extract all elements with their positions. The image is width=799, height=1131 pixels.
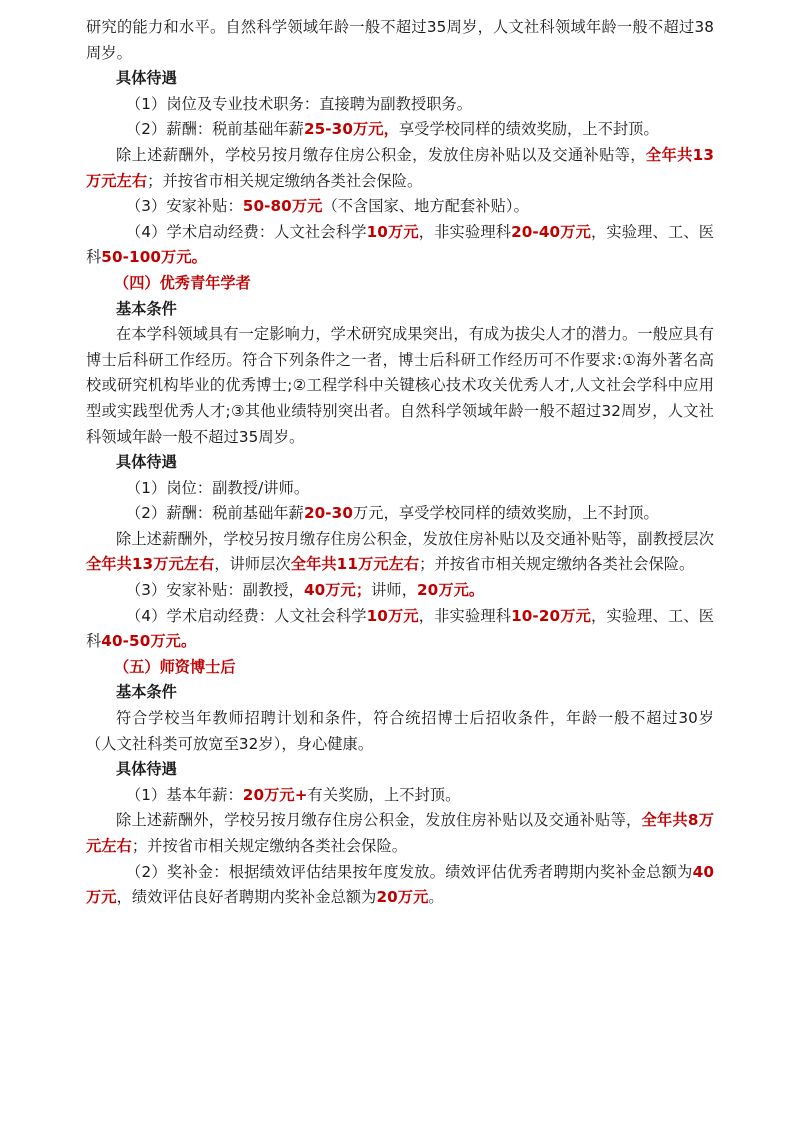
salary-amount: 20-30 xyxy=(304,504,353,522)
salary-amount: 25-30万元， xyxy=(304,120,399,138)
extra-benefits-paragraph: 除上述薪酬外，学校另按月缴存住房公积金，发放住房补贴以及交通补贴等，全年共8万元… xyxy=(86,808,714,859)
basic-conditions-heading: 基本条件 xyxy=(86,680,714,706)
base-salary-item: （1）基本年薪：20万元+有关奖励，上不封顶。 xyxy=(86,783,714,809)
base-salary-amount: 20万元+ xyxy=(243,786,308,804)
text: ，绩效评估良好者聘期内奖补金总额为 xyxy=(117,888,377,906)
basic-conditions-paragraph: 在本学科领域具有一定影响力，学术研究成果突出，有成为拔尖人才的潜力。一般应具有博… xyxy=(86,322,714,450)
lab-science-funding: 40-50万元。 xyxy=(101,632,196,650)
text: 讲师， xyxy=(371,581,417,599)
associate-professor-settlement: 40万元； xyxy=(304,581,371,599)
position-item: （1）岗位及专业技术职务：直接聘为副教授职务。 xyxy=(86,92,714,118)
text: 万元，享受学校同样的绩效奖励，上不封顶。 xyxy=(353,504,659,522)
salary-item: （2）薪酬：税前基础年薪25-30万元，享受学校同样的绩效奖励，上不封顶。 xyxy=(86,117,714,143)
extra-benefits-paragraph: 除上述薪酬外，学校另按月缴存住房公积金，发放住房补贴以及交通补贴等，全年共13万… xyxy=(86,143,714,194)
text: ；并按省市相关规定缴纳各类社会保险。 xyxy=(132,837,407,855)
basic-conditions-heading: 基本条件 xyxy=(86,297,714,323)
text: （4）学术启动经费：人文社会科学 xyxy=(126,223,367,241)
text: （不含国家、地方配套补贴）。 xyxy=(322,197,528,215)
text: （3）安家补贴： xyxy=(126,197,243,215)
text: 除上述薪酬外，学校另按月缴存住房公积金，发放住房补贴以及交通补贴等， xyxy=(116,811,642,829)
section-title-outstanding-young-scholars: （四）优秀青年学者 xyxy=(86,271,714,297)
treatment-heading: 具体待遇 xyxy=(86,757,714,783)
text: ，非实验理科 xyxy=(419,223,511,241)
non-lab-science-funding: 10-20万元 xyxy=(511,607,591,625)
startup-funding-item: （4）学术启动经费：人文社会科学10万元，非实验理科10-20万元，实验理、工、… xyxy=(86,604,714,655)
section-title-faculty-postdoc: （五）师资博士后 xyxy=(86,655,714,681)
text: 除上述薪酬外，学校另按月缴存住房公积金，发放住房补贴以及交通补贴等，副教授层次 xyxy=(116,530,714,548)
salary-item: （2）薪酬：税前基础年薪20-30万元，享受学校同样的绩效奖励，上不封顶。 xyxy=(86,501,714,527)
continuation-paragraph: 研究的能力和水平。自然科学领域年龄一般不超过35周岁，人文社科领域年龄一般不超过… xyxy=(86,15,714,66)
text: （1）基本年薪： xyxy=(126,786,243,804)
position-item: （1）岗位：副教授/讲师。 xyxy=(86,476,714,502)
settlement-allowance-item: （3）安家补贴：副教授，40万元；讲师，20万元。 xyxy=(86,578,714,604)
text: ，讲师层次 xyxy=(214,555,290,573)
settlement-amount: 50-80万元 xyxy=(243,197,323,215)
text: ；并按省市相关规定缴纳各类社会保险。 xyxy=(419,555,694,573)
text: （2）薪酬：税前基础年薪 xyxy=(126,120,304,138)
lab-science-funding: 50-100万元。 xyxy=(101,248,207,266)
text: 享受学校同样的绩效奖励，上不封顶。 xyxy=(399,120,659,138)
non-lab-science-funding: 20-40万元 xyxy=(511,223,591,241)
text: ；并按省市相关规定缴纳各类社会保险。 xyxy=(147,172,422,190)
good-bonus-amount: 20万元 xyxy=(376,888,428,906)
humanities-funding: 10万元 xyxy=(367,607,419,625)
treatment-heading: 具体待遇 xyxy=(86,66,714,92)
startup-funding-item: （4）学术启动经费：人文社会科学10万元，非实验理科20-40万元，实验理、工、… xyxy=(86,220,714,271)
text: 。 xyxy=(428,888,443,906)
text: 有关奖励，上不封顶。 xyxy=(308,786,461,804)
basic-conditions-paragraph: 符合学校当年教师招聘计划和条件，符合统招博士后招收条件，年龄一般不超过30岁（人… xyxy=(86,706,714,757)
treatment-heading: 具体待遇 xyxy=(86,450,714,476)
lecturer-settlement: 20万元。 xyxy=(417,581,484,599)
lecturer-benefit: 全年共11万元左右 xyxy=(291,555,419,573)
humanities-funding: 10万元 xyxy=(367,223,419,241)
text: 除上述薪酬外，学校另按月缴存住房公积金，发放住房补贴以及交通补贴等， xyxy=(116,146,646,164)
text: （2）奖补金：根据绩效评估结果按年度发放。绩效评估优秀者聘期内奖补金总额为 xyxy=(126,863,693,881)
text: ，非实验理科 xyxy=(419,607,511,625)
text: （4）学术启动经费：人文社会科学 xyxy=(126,607,367,625)
text: （2）薪酬：税前基础年薪 xyxy=(126,504,304,522)
document-page: 研究的能力和水平。自然科学领域年龄一般不超过35周岁，人文社科领域年龄一般不超过… xyxy=(86,15,714,911)
settlement-allowance-item: （3）安家补贴：50-80万元（不含国家、地方配套补贴）。 xyxy=(86,194,714,220)
bonus-item: （2）奖补金：根据绩效评估结果按年度发放。绩效评估优秀者聘期内奖补金总额为40万… xyxy=(86,860,714,911)
associate-professor-benefit: 全年共13万元左右 xyxy=(86,555,214,573)
extra-benefits-paragraph: 除上述薪酬外，学校另按月缴存住房公积金，发放住房补贴以及交通补贴等，副教授层次全… xyxy=(86,527,714,578)
text: （3）安家补贴：副教授， xyxy=(126,581,304,599)
